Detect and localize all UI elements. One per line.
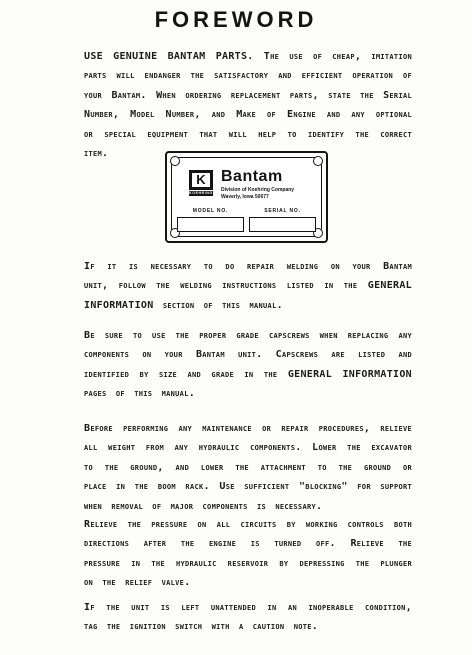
model-number-label: MODEL NO. bbox=[177, 208, 244, 214]
koehring-k-icon: K bbox=[189, 170, 213, 190]
brand-name: Bantam bbox=[221, 169, 294, 185]
paragraph-relieve-pressure: Relieve the pressure on all circuits by … bbox=[84, 515, 412, 593]
serial-number-box bbox=[249, 217, 316, 232]
paragraph-genuine-parts: USE GENUINE BANTAM PARTS. The use of che… bbox=[84, 47, 412, 163]
address-line: Waverly, Iowa 50677 bbox=[221, 194, 294, 200]
serial-number-label: SERIAL NO. bbox=[249, 208, 316, 214]
division-line: Division of Koehring Company bbox=[221, 187, 294, 193]
model-number-box bbox=[177, 217, 244, 232]
paragraph-maintenance-safety: Before performing any maintenance or rep… bbox=[84, 419, 412, 516]
screw-hole-icon bbox=[313, 156, 323, 166]
foreword-page: FOREWORD USE GENUINE BANTAM PARTS. The u… bbox=[0, 0, 472, 655]
screw-hole-icon bbox=[170, 156, 180, 166]
serial-number-field: SERIAL NO. bbox=[249, 208, 316, 232]
bantam-nameplate: K KOEHRING Bantam Division of Koehring C… bbox=[165, 151, 328, 243]
koehring-logo: K KOEHRING bbox=[189, 170, 213, 196]
model-number-field: MODEL NO. bbox=[177, 208, 244, 232]
page-title: FOREWORD bbox=[0, 7, 472, 33]
paragraph-caution-tag: If the unit is left unattended in an ino… bbox=[84, 598, 412, 637]
koehring-wordmark: KOEHRING bbox=[189, 191, 213, 196]
paragraph-capscrews: Be sure to use the proper grade capscrew… bbox=[84, 326, 412, 404]
paragraph-repair-welding: If it is necessary to do repair welding … bbox=[84, 257, 412, 315]
nameplate-brand-block: Bantam Division of Koehring Company Wave… bbox=[221, 169, 294, 200]
